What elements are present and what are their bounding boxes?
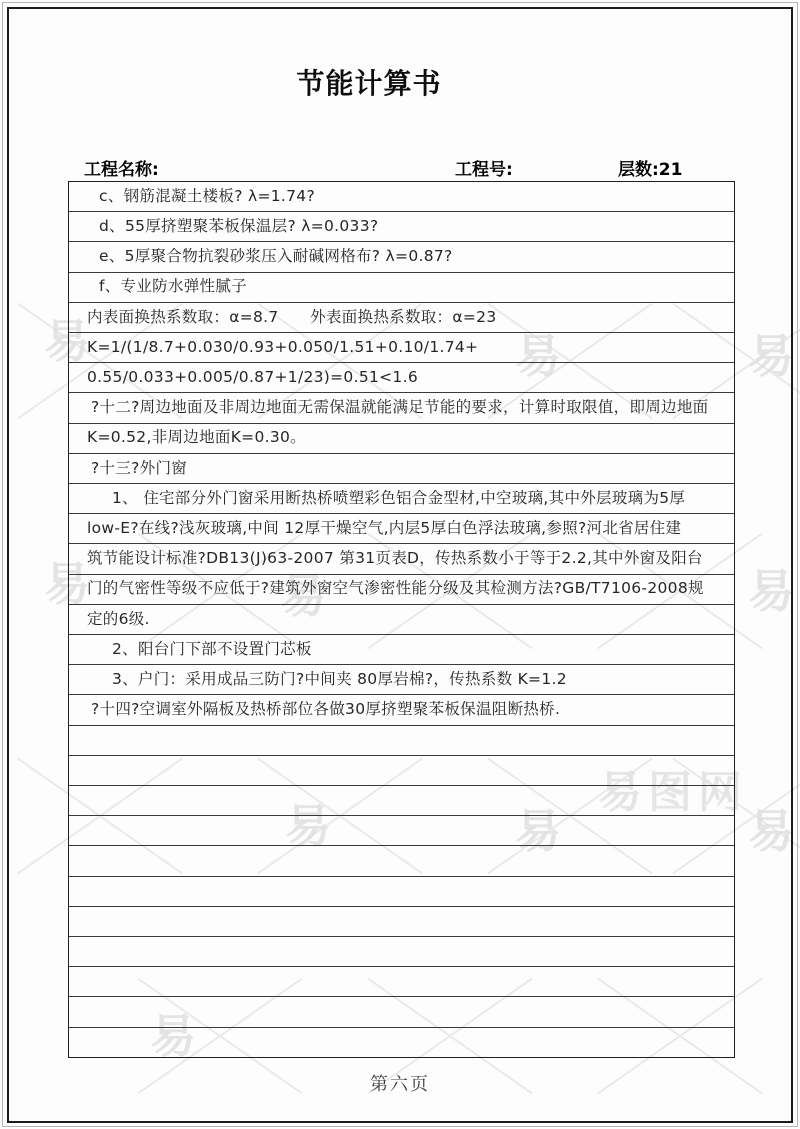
floors-label: 层数:21 xyxy=(618,155,682,180)
table-row: ?十三?外门窗 xyxy=(69,454,734,484)
page-title: 节能计算书 xyxy=(0,62,738,102)
row-text: 门的气密性等级不应低于?建筑外窗空气渗密性能分级及其检测方法?GB/T7106-… xyxy=(69,581,704,597)
watermark-glyph: 易 xyxy=(748,555,794,621)
watermark-glyph: 易 xyxy=(748,795,794,861)
table-row: K=0.52,非周边地面K=0.30。 xyxy=(69,424,734,454)
table-row: 2、阳台门下部不设置门芯板 xyxy=(69,635,734,665)
row-text: e、5厚聚合物抗裂砂浆压入耐碱网格布? λ=0.87? xyxy=(69,249,453,265)
row-text: c、钢筋混凝土楼板? λ=1.74? xyxy=(69,189,315,205)
table-row xyxy=(69,816,734,846)
row-text: ?十四?空调室外隔板及热桥部位各做30厚挤塑聚苯板保温阻断热桥. xyxy=(69,702,560,718)
row-text: ?十三?外门窗 xyxy=(69,461,187,477)
table-row: f、专业防水弹性腻子 xyxy=(69,273,734,303)
table-row xyxy=(69,967,734,997)
table-row: e、5厚聚合物抗裂砂浆压入耐碱网格布? λ=0.87? xyxy=(69,242,734,272)
row-text: 筑节能设计标准?DB13(J)63-2007 第31页表D，传热系数小于等于2.… xyxy=(69,551,703,567)
row-text: low-E?在线?浅灰玻璃,中间 12厚干燥空气,内层5厚白色浮法玻璃,参照?河… xyxy=(69,521,681,537)
row-text: 2、阳台门下部不设置门芯板 xyxy=(69,642,312,658)
table-row xyxy=(69,846,734,876)
content-table: c、钢筋混凝土楼板? λ=1.74?d、55厚挤塑聚苯板保温层? λ=0.033… xyxy=(68,181,735,1058)
row-text: 3、户门：采用成品三防门?中间夹 80厚岩棉?，传热系数 K=1.2 xyxy=(69,672,567,688)
table-row: 门的气密性等级不应低于?建筑外窗空气渗密性能分级及其检测方法?GB/T7106-… xyxy=(69,575,734,605)
table-row: K=1/(1/8.7+0.030/0.93+0.050/1.51+0.10/1.… xyxy=(69,333,734,363)
table-row: 1、 住宅部分外门窗采用断热桥喷塑彩色铝合金型材,中空玻璃,其中外层玻璃为5厚 xyxy=(69,484,734,514)
table-row xyxy=(69,937,734,967)
table-row xyxy=(69,786,734,816)
row-text: ?十二?周边地面及非周边地面无需保温就能满足节能的要求，计算时取限值，即周边地面 xyxy=(69,400,708,416)
table-row xyxy=(69,756,734,786)
page-number: 第六页 xyxy=(0,1070,800,1096)
row-text: K=1/(1/8.7+0.030/0.93+0.050/1.51+0.10/1.… xyxy=(69,340,478,356)
table-row: 内表面换热系数取：α=8.7 外表面换热系数取：α=23 xyxy=(69,303,734,333)
row-text: 1、 住宅部分外门窗采用断热桥喷塑彩色铝合金型材,中空玻璃,其中外层玻璃为5厚 xyxy=(69,491,685,507)
row-text: d、55厚挤塑聚苯板保温层? λ=0.033? xyxy=(69,219,378,235)
table-row xyxy=(69,1028,734,1057)
table-row xyxy=(69,907,734,937)
table-row: ?十四?空调室外隔板及热桥部位各做30厚挤塑聚苯板保温阻断热桥. xyxy=(69,695,734,725)
table-row: 3、户门：采用成品三防门?中间夹 80厚岩棉?，传热系数 K=1.2 xyxy=(69,665,734,695)
table-row: 筑节能设计标准?DB13(J)63-2007 第31页表D，传热系数小于等于2.… xyxy=(69,544,734,574)
row-text: f、专业防水弹性腻子 xyxy=(69,279,247,295)
table-row xyxy=(69,877,734,907)
row-text: 定的6级. xyxy=(69,612,150,628)
row-text: 0.55/0.033+0.005/0.87+1/23)=0.51<1.6 xyxy=(69,370,418,386)
table-row xyxy=(69,726,734,756)
table-row: d、55厚挤塑聚苯板保温层? λ=0.033? xyxy=(69,212,734,242)
row-text: 内表面换热系数取：α=8.7 外表面换热系数取：α=23 xyxy=(69,310,496,326)
watermark-glyph: 易 xyxy=(748,320,794,386)
table-row: c、钢筋混凝土楼板? λ=1.74? xyxy=(69,182,734,212)
row-text: K=0.52,非周边地面K=0.30。 xyxy=(69,430,306,446)
table-row: 0.55/0.033+0.005/0.87+1/23)=0.51<1.6 xyxy=(69,363,734,393)
table-row: low-E?在线?浅灰玻璃,中间 12厚干燥空气,内层5厚白色浮法玻璃,参照?河… xyxy=(69,514,734,544)
project-number-label: 工程号: xyxy=(455,155,513,180)
table-row xyxy=(69,997,734,1027)
table-row: 定的6级. xyxy=(69,605,734,635)
project-name-label: 工程名称: xyxy=(84,155,159,180)
table-row: ?十二?周边地面及非周边地面无需保温就能满足节能的要求，计算时取限值，即周边地面 xyxy=(69,393,734,423)
